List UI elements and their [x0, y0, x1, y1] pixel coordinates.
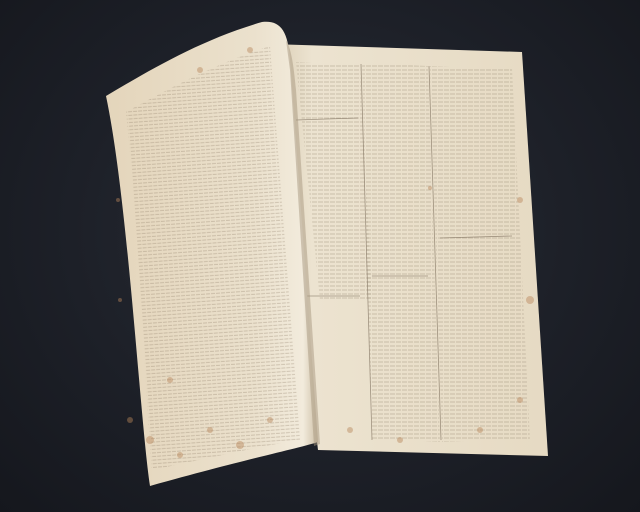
newspaper-right-page [0, 0, 640, 512]
photo-scene [0, 0, 640, 512]
